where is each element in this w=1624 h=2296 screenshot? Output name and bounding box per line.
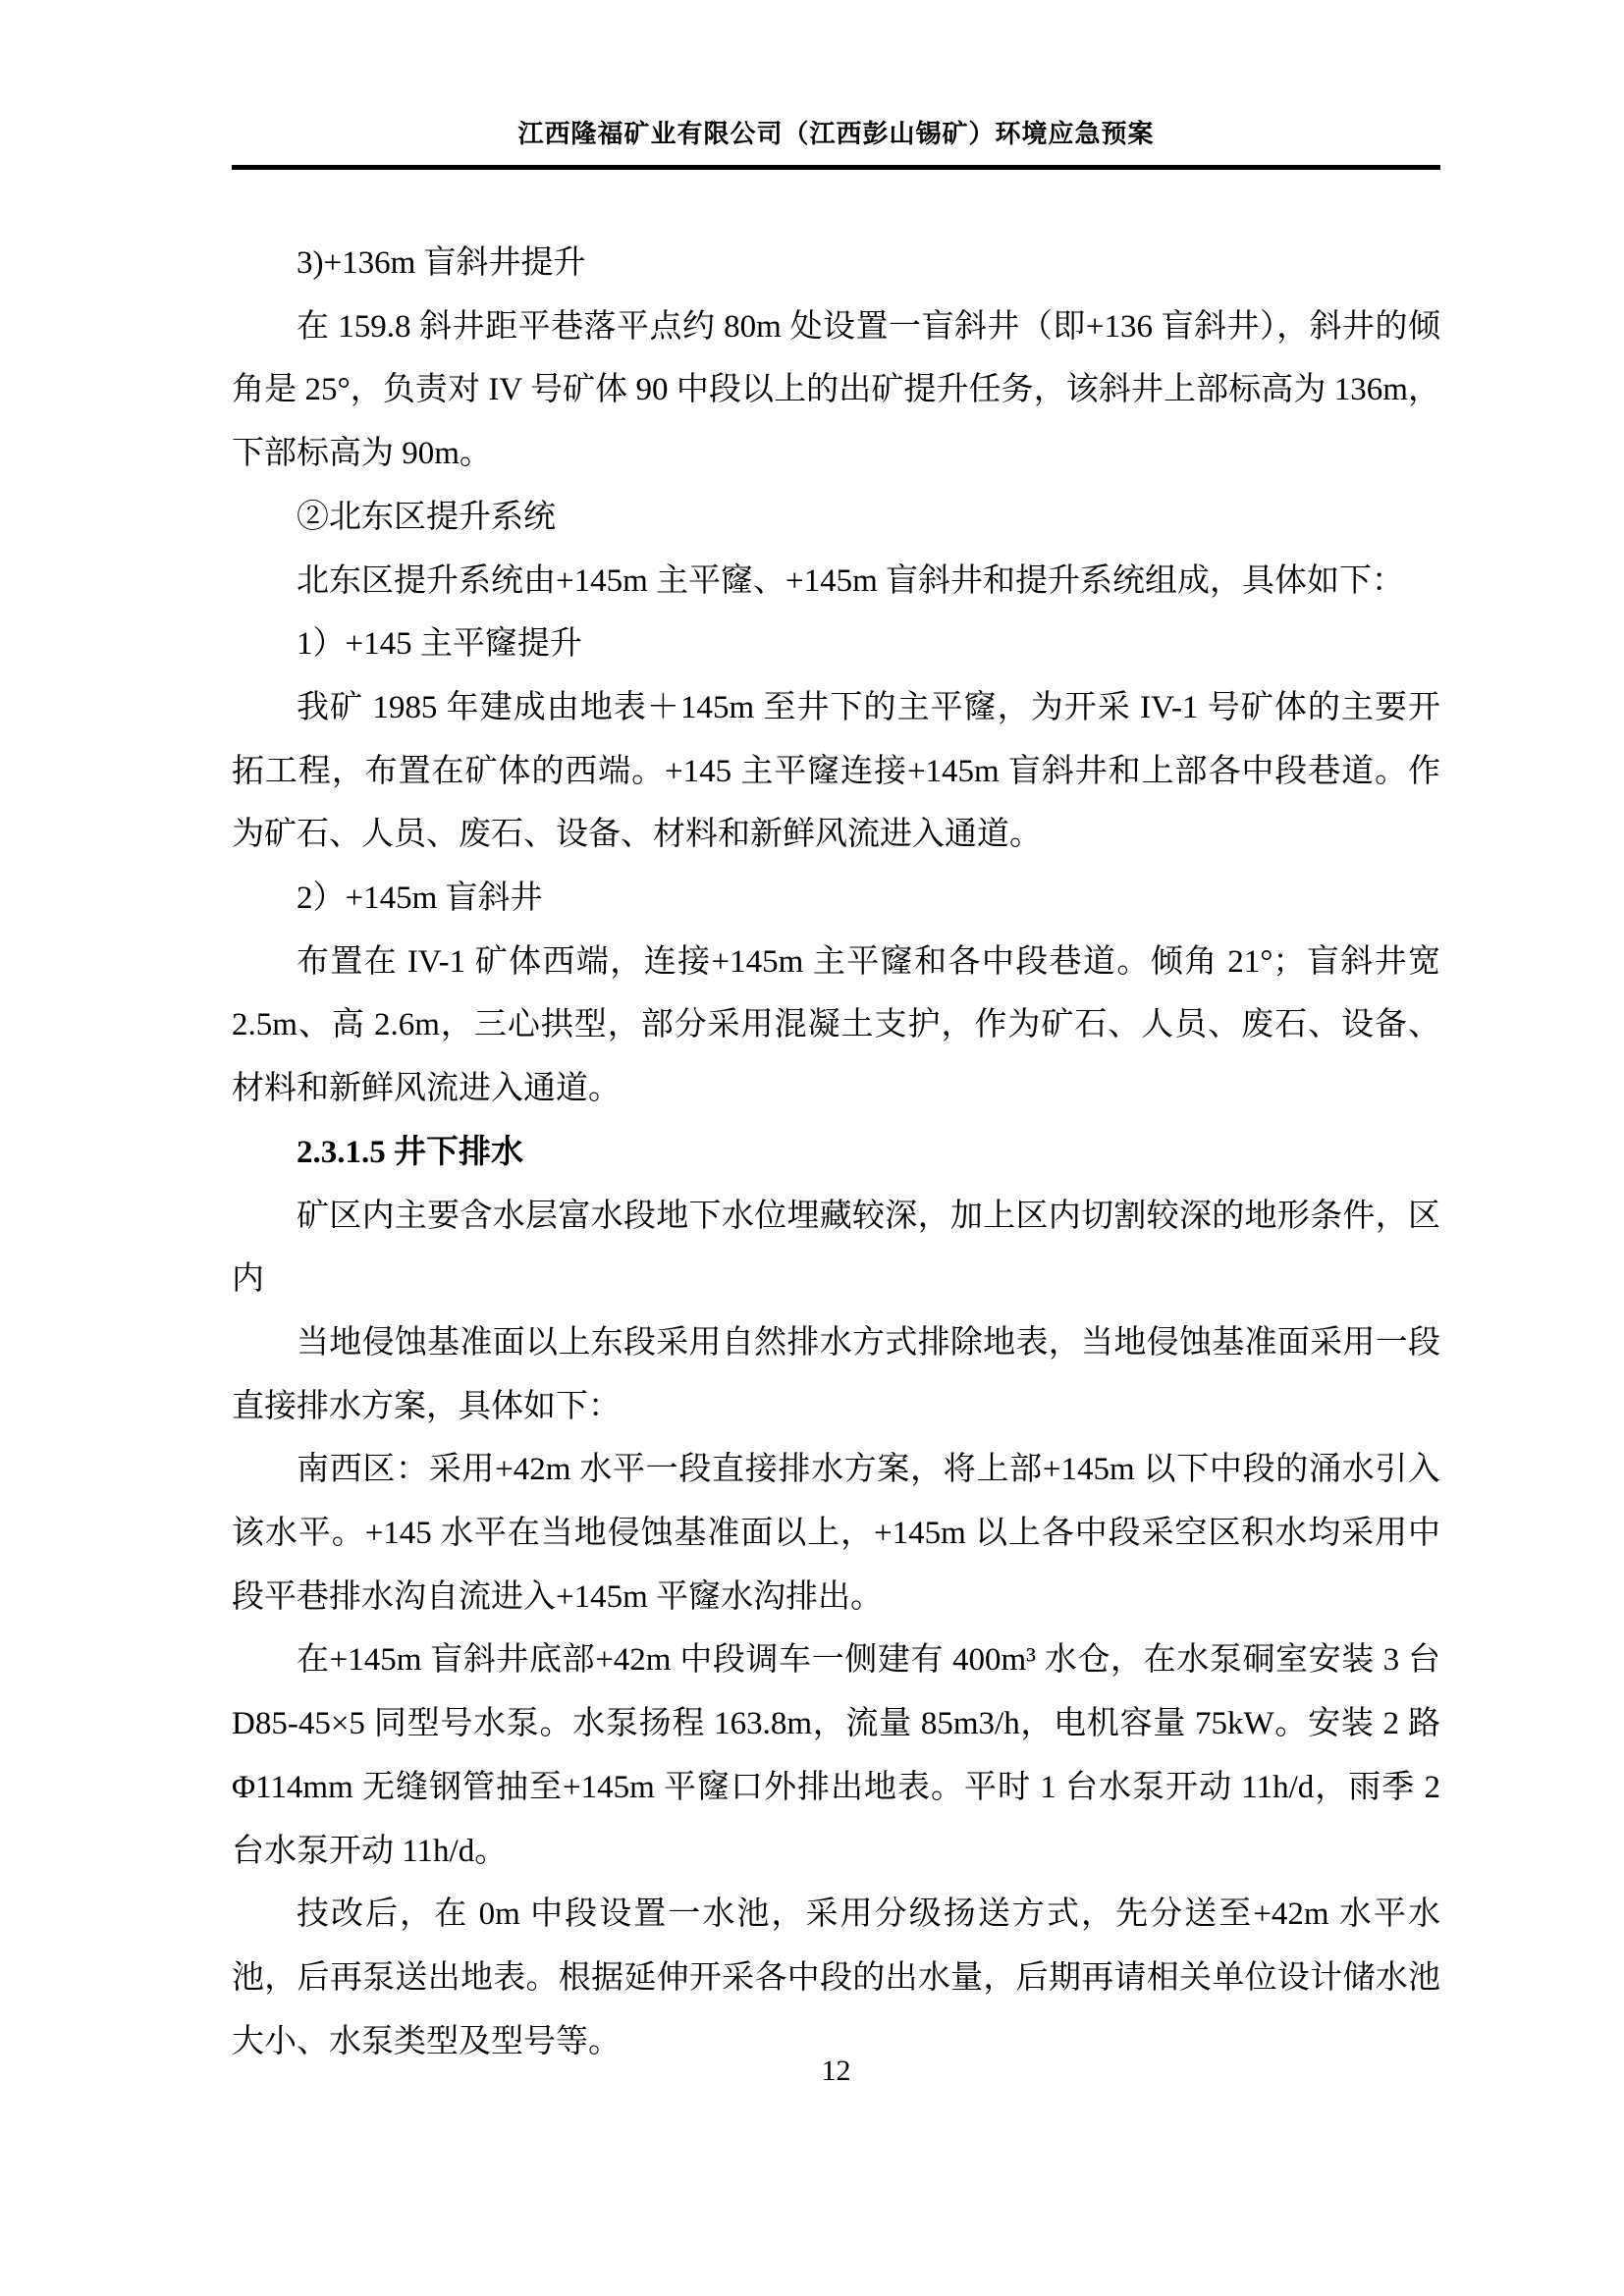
document-body: 3)+136m 盲斜井提升 在 159.8 斜井距平巷落平点约 80m 处设置一… xyxy=(232,232,1440,2073)
paragraph-northeast-hoist-system-intro: 北东区提升系统由+145m 主平窿、+145m 盲斜井和提升系统组成，具体如下： xyxy=(232,550,1440,614)
paragraph-technical-upgrade-plan: 技改后，在 0m 中段设置一水池，采用分级扬送方式，先分送至+42m 水平水池，… xyxy=(232,1883,1440,2073)
paragraph-blind-incline-detail: 布置在 IV-1 矿体西端，连接+145m 主平窿和各中段巷道。倾角 21°；盲… xyxy=(232,931,1440,1121)
paragraph-pump-station-detail: 在+145m 盲斜井底部+42m 中段调车一侧建有 400m³ 水仓，在水泵硐室… xyxy=(232,1629,1440,1883)
document-page: 江西隆福矿业有限公司（江西彭山锡矿）环境应急预案 3)+136m 盲斜井提升 在… xyxy=(0,0,1624,2296)
paragraph-southwest-drainage-scheme: 南西区：采用+42m 水平一段直接排水方案，将上部+145m 以下中段的涌水引入… xyxy=(232,1438,1440,1629)
page-header-title: 江西隆福矿业有限公司（江西彭山锡矿）环境应急预案 xyxy=(232,114,1440,150)
paragraph-blind-shaft-hoist-title: 3)+136m 盲斜井提升 xyxy=(232,232,1440,295)
page-number: 12 xyxy=(232,2055,1440,2088)
paragraph-drainage-scheme-intro: 当地侵蚀基准面以上东段采用自然排水方式排除地表，当地侵蚀基准面采用一段直接排水方… xyxy=(232,1311,1440,1438)
paragraph-blind-incline-title: 2）+145m 盲斜井 xyxy=(232,867,1440,931)
paragraph-northeast-hoist-system-title: ②北东区提升系统 xyxy=(232,486,1440,550)
header-divider xyxy=(232,165,1440,170)
paragraph-blind-shaft-hoist-detail: 在 159.8 斜井距平巷落平点约 80m 处设置一盲斜井（即+136 盲斜井）… xyxy=(232,295,1440,486)
paragraph-drainage-overview: 矿区内主要含水层富水段地下水位埋藏较深，加上区内切割较深的地形条件，区内 xyxy=(232,1185,1440,1311)
paragraph-main-adit-hoist-title: 1）+145 主平窿提升 xyxy=(232,613,1440,676)
section-heading-underground-drainage: 2.3.1.5 井下排水 xyxy=(232,1121,1440,1185)
paragraph-main-adit-hoist-detail: 我矿 1985 年建成由地表＋145m 至井下的主平窿，为开采 IV-1 号矿体… xyxy=(232,676,1440,867)
